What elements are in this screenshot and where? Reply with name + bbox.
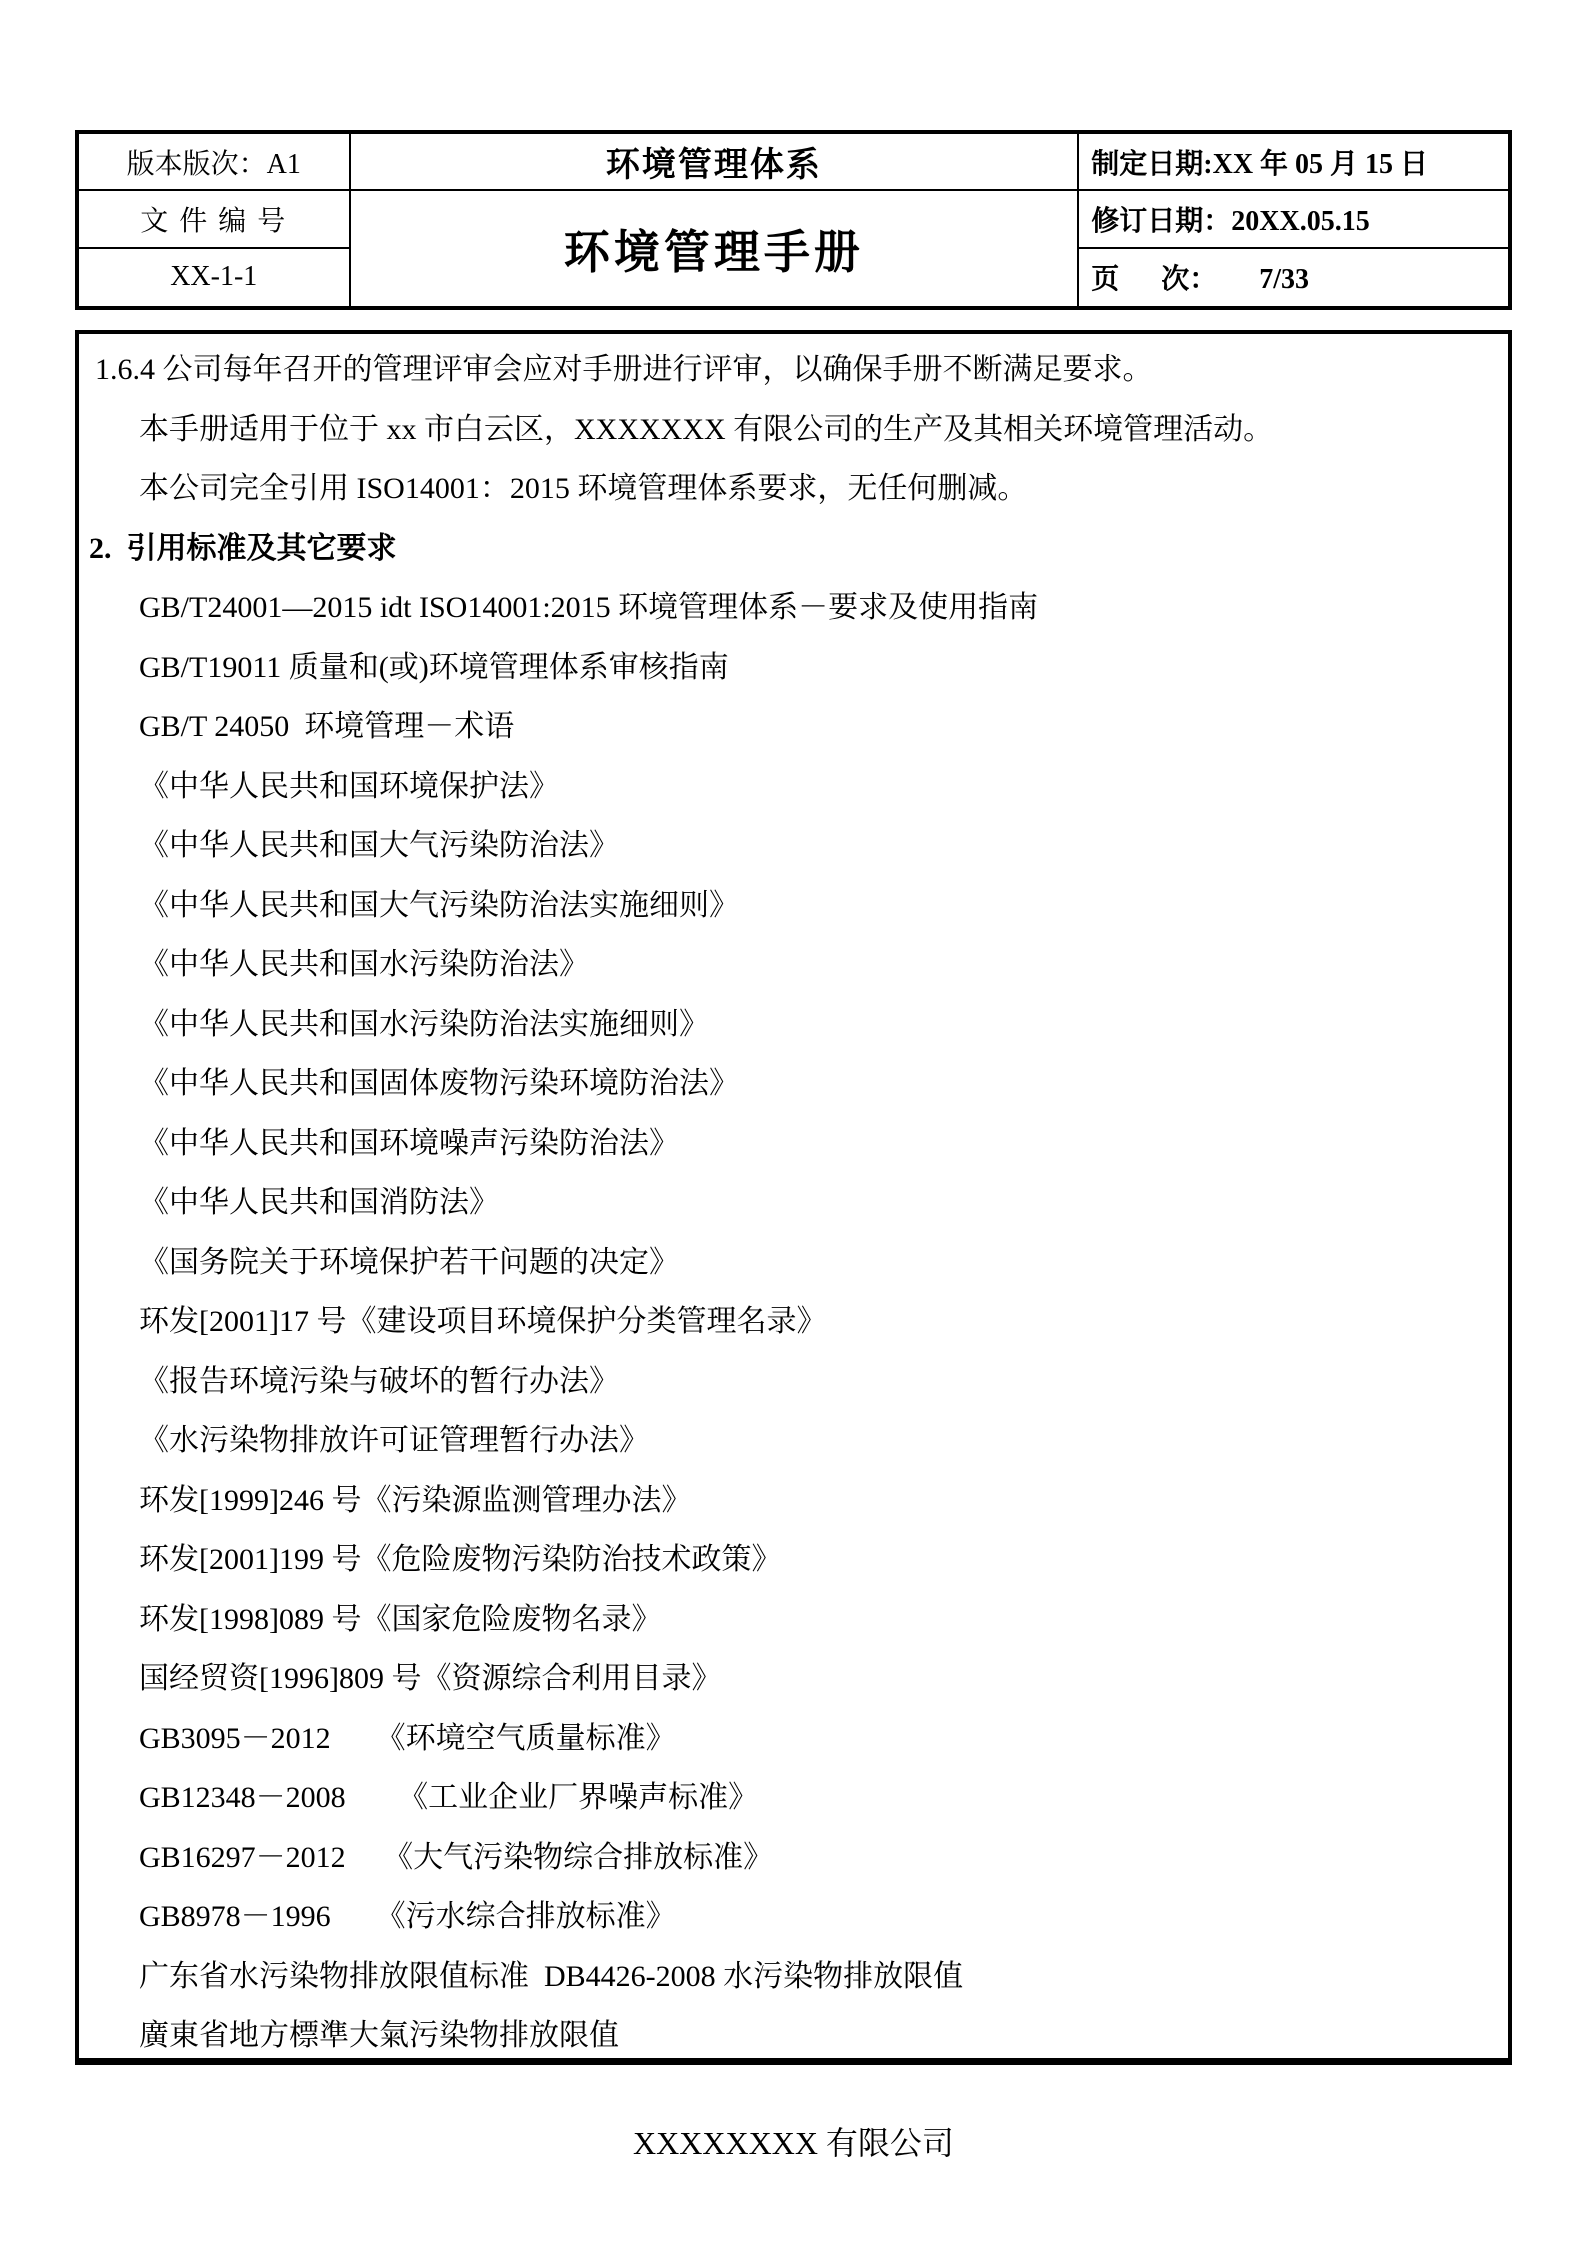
- body-line: 《中华人民共和国固体废物污染环境防治法》: [79, 1054, 1508, 1114]
- body-line: GB/T24001—2015 idt ISO14001:2015 环境管理体系－…: [79, 578, 1508, 638]
- body-line: 《中华人民共和国消防法》: [79, 1173, 1508, 1233]
- body-line: 环发[2001]199 号《危险废物污染防治技术政策》: [79, 1530, 1508, 1590]
- footer-company-name: XXXXXXXX 有限公司: [0, 2118, 1587, 2164]
- revised-date: 修订日期：20XX.05.15: [1079, 191, 1508, 248]
- body-line: GB3095－2012 《环境空气质量标准》: [79, 1709, 1508, 1769]
- body-line: 本手册适用于位于 xx 市白云区，XXXXXXX 有限公司的生产及其相关环境管理…: [79, 400, 1508, 460]
- body-line: GB16297－2012 《大气污染物综合排放标准》: [79, 1828, 1508, 1888]
- body-line: GB/T19011 质量和(或)环境管理体系审核指南: [79, 638, 1508, 698]
- body-line: 廣東省地方標準大氣污染物排放限值: [79, 2006, 1508, 2065]
- body-line: GB/T 24050 环境管理－术语: [79, 697, 1508, 757]
- doc-number-label: 文 件 编 号: [79, 191, 351, 248]
- body-line: 环发[2001]17 号《建设项目环境保护分类管理名录》: [79, 1292, 1508, 1352]
- document-page: 版本版次：A1 环境管理体系 制定日期:XX 年 05 月 15 日 文 件 编…: [0, 0, 1587, 2245]
- body-line: 环发[1998]089 号《国家危险废物名录》: [79, 1590, 1508, 1650]
- body-line: 《中华人民共和国大气污染防治法》: [79, 816, 1508, 876]
- body-line: 《国务院关于环境保护若干问题的决定》: [79, 1233, 1508, 1293]
- body-line: 《中华人民共和国环境噪声污染防治法》: [79, 1114, 1508, 1174]
- created-date: 制定日期:XX 年 05 月 15 日: [1079, 134, 1508, 191]
- body-line: 环发[1999]246 号《污染源监测管理办法》: [79, 1471, 1508, 1531]
- body-line: 《水污染物排放许可证管理暂行办法》: [79, 1411, 1508, 1471]
- page-number: 页 次： 7/33: [1079, 249, 1508, 306]
- body-line: 本公司完全引用 ISO14001：2015 环境管理体系要求，无任何删减。: [79, 459, 1508, 519]
- body-line: 广东省水污染物排放限值标准 DB4426-2008 水污染物排放限值: [79, 1947, 1508, 2007]
- body-line: 《中华人民共和国水污染防治法》: [79, 935, 1508, 995]
- document-header-table: 版本版次：A1 环境管理体系 制定日期:XX 年 05 月 15 日 文 件 编…: [75, 130, 1512, 310]
- doc-number-value: XX-1-1: [79, 249, 351, 306]
- document-body: 1.6.4 公司每年召开的管理评审会应对手册进行评审，以确保手册不断满足要求。本…: [75, 330, 1512, 2065]
- body-line: 国经贸资[1996]809 号《资源综合利用目录》: [79, 1649, 1508, 1709]
- body-line: 《中华人民共和国水污染防治法实施细则》: [79, 995, 1508, 1055]
- body-line: 《报告环境污染与破坏的暂行办法》: [79, 1352, 1508, 1412]
- body-line: GB8978－1996 《污水综合排放标准》: [79, 1887, 1508, 1947]
- manual-title: 环境管理手册: [351, 191, 1080, 306]
- body-line: 2. 引用标准及其它要求: [79, 519, 1508, 579]
- body-line: 《中华人民共和国环境保护法》: [79, 757, 1508, 817]
- system-title: 环境管理体系: [351, 134, 1080, 191]
- body-line: 1.6.4 公司每年召开的管理评审会应对手册进行评审，以确保手册不断满足要求。: [79, 340, 1508, 400]
- version-cell: 版本版次：A1: [79, 134, 351, 191]
- body-line: 《中华人民共和国大气污染防治法实施细则》: [79, 876, 1508, 936]
- body-line: GB12348－2008 《工业企业厂界噪声标准》: [79, 1768, 1508, 1828]
